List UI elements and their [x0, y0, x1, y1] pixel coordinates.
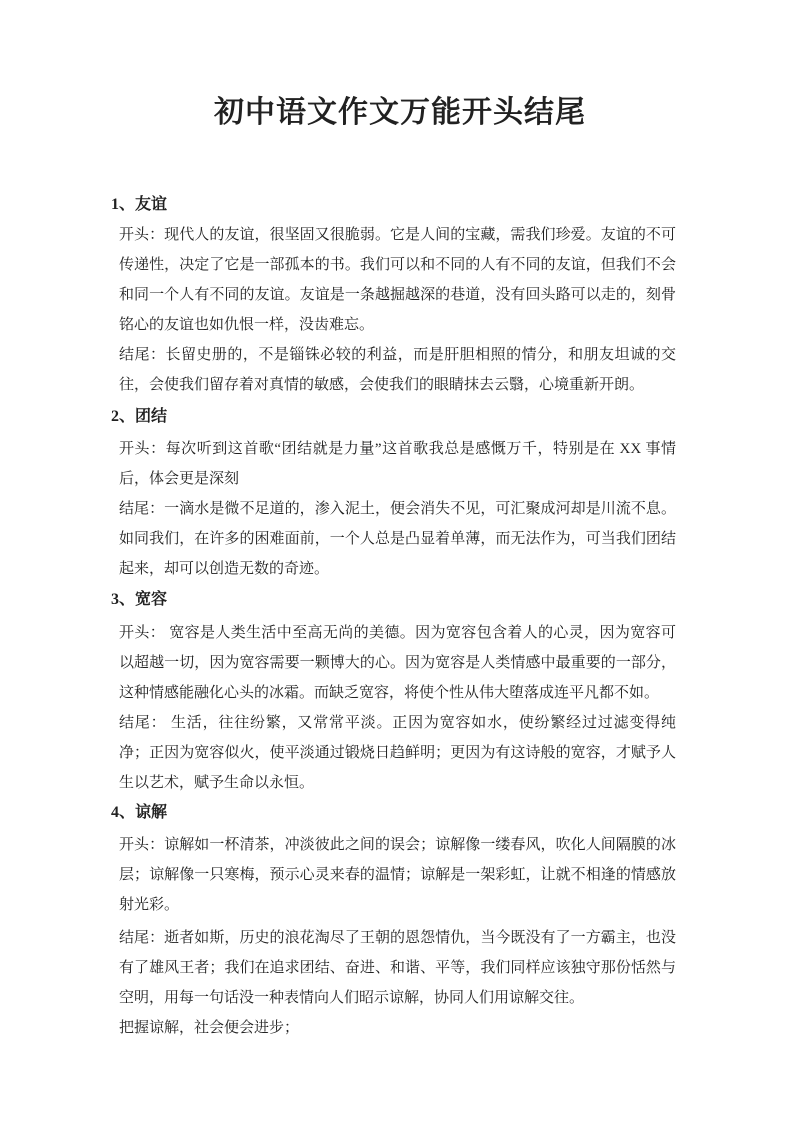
opening-paragraph-friendship: 开头：现代人的友谊，很坚固又很脆弱。它是人间的宝藏，需我们珍爱。友谊的不可传递性…	[119, 220, 676, 340]
section-heading-unity: 2、团结	[111, 402, 676, 432]
section-heading-friendship: 1、友谊	[111, 190, 676, 220]
opening-paragraph-unity: 开头：每次听到这首歌“团结就是力量”这首歌我总是感慨万千，特别是在 XX 事情后…	[119, 434, 676, 494]
ending-paragraph-tolerance: 结尾： 生活，往往纷繁，又常常平淡。正因为宽容如水，使纷繁经过过滤变得纯净；正因…	[119, 708, 676, 798]
document-body: 1、友谊 开头：现代人的友谊，很坚固又很脆弱。它是人间的宝藏，需我们珍爱。友谊的…	[0, 190, 800, 1043]
section-heading-tolerance: 3、宽容	[111, 585, 676, 615]
ending-paragraph-understanding: 结尾：逝者如斯，历史的浪花淘尽了王朝的恩怨情仇，当今既没有了一方霸主，也没有了雄…	[119, 923, 676, 1013]
closing-line: 把握谅解，社会便会进步；	[119, 1013, 676, 1043]
ending-paragraph-friendship: 结尾：长留史册的，不是锱铢必较的利益，而是肝胆相照的情分，和朋友坦诚的交往，会使…	[119, 340, 676, 400]
opening-paragraph-understanding: 开头：谅解如一杯清茶，冲淡彼此之间的误会；谅解像一缕春风，吹化人间隔膜的冰层；谅…	[119, 830, 676, 920]
section-heading-understanding: 4、谅解	[111, 798, 676, 828]
document-title: 初中语文作文万能开头结尾	[0, 0, 800, 134]
document-page: 初中语文作文万能开头结尾 1、友谊 开头：现代人的友谊，很坚固又很脆弱。它是人间…	[0, 0, 800, 1132]
ending-paragraph-unity: 结尾：一滴水是微不足道的，渗入泥土，便会消失不见，可汇聚成河却是川流不息。如同我…	[119, 494, 676, 584]
opening-paragraph-tolerance: 开头： 宽容是人类生活中至高无尚的美德。因为宽容包含着人的心灵，因为宽容可以超越…	[119, 618, 676, 708]
